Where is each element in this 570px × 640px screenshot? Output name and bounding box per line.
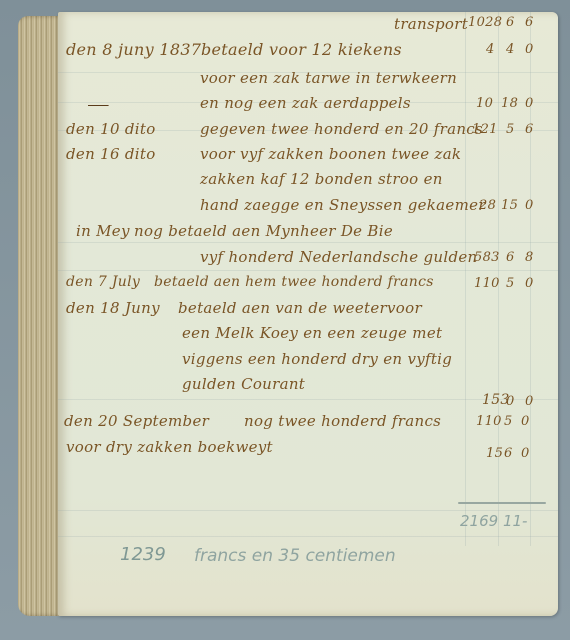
ruled-line bbox=[58, 270, 558, 271]
ruled-line bbox=[58, 242, 558, 243]
entry-sub1: 18 bbox=[501, 96, 518, 111]
entry-sub1: 0 bbox=[506, 394, 515, 409]
amount-column-line bbox=[465, 12, 466, 546]
entry-amount: 110 bbox=[476, 414, 502, 429]
pencil-total: 2169 11- bbox=[460, 512, 527, 530]
entry-amount: 10 bbox=[476, 96, 493, 111]
entry-text: voor een zak tarwe in terwkeern bbox=[200, 69, 457, 87]
entry-text: betaeld aen hem twee honderd francs bbox=[154, 274, 434, 290]
entry-date: voor bbox=[66, 438, 101, 456]
entry-sub1: 5 bbox=[506, 122, 515, 137]
entry-sub2: 0 bbox=[525, 96, 534, 111]
entry-date: den 7 July bbox=[66, 274, 140, 290]
carried-forward-sub1: 6 bbox=[506, 15, 515, 30]
entry-text: en nog een zak aerdappels bbox=[200, 94, 411, 112]
entry-sub1: 15 bbox=[501, 198, 518, 213]
carried-forward-label: transport bbox=[394, 15, 468, 33]
ruled-line bbox=[58, 536, 558, 537]
entry-amount: 583 bbox=[474, 250, 500, 265]
page-edges bbox=[18, 16, 62, 616]
pencil-note-number: 1239 bbox=[120, 544, 166, 565]
entry-date: den 8 juny 1837 bbox=[66, 40, 201, 59]
entry-sub1: 5 bbox=[504, 414, 513, 429]
entry-text: gulden Courant bbox=[182, 375, 305, 393]
entry-text: voor vyf zakken boonen twee zak bbox=[200, 145, 461, 163]
entry-date: in Mey bbox=[76, 222, 130, 240]
entry-sub2: 0 bbox=[521, 414, 530, 429]
entry-sub2: 0 bbox=[525, 42, 534, 57]
entry-date: den 10 dito bbox=[66, 120, 156, 138]
entry-text: betaeld aen van de weetervoor bbox=[178, 299, 422, 317]
entry-text: betaeld voor 12 kiekens bbox=[201, 40, 402, 59]
entry-text: hand zaegge en Sneyssen gekaemer bbox=[200, 196, 486, 214]
entry-sub1: 6 bbox=[504, 446, 513, 461]
entry-text: nog betaeld aen Mynheer De Bie bbox=[134, 222, 393, 240]
ledger-page: transport 1028 6 6 den 8 juny 1837 betae… bbox=[58, 12, 558, 616]
entry-sub2: 8 bbox=[525, 250, 534, 265]
entry-text: vyf honderd Nederlandsche gulden bbox=[200, 248, 478, 266]
entry-sub2: 6 bbox=[525, 122, 534, 137]
entry-text: gegeven twee honderd en 20 francs bbox=[200, 120, 483, 138]
entry-amount: 4 bbox=[486, 42, 495, 57]
struck-margin-word bbox=[88, 98, 109, 112]
entry-sub1: 6 bbox=[506, 250, 515, 265]
entry-date: den 16 dito bbox=[66, 145, 156, 163]
pencil-note-text: francs en 35 centiemen bbox=[194, 546, 396, 566]
entry-text: nog twee honderd francs bbox=[244, 412, 441, 430]
entry-date: den 18 Juny bbox=[66, 299, 160, 317]
carried-forward-amount: 1028 bbox=[468, 15, 502, 30]
entry-text: dry zakken boekweyt bbox=[106, 438, 273, 456]
entry-sub1: 5 bbox=[506, 276, 515, 291]
entry-sub2: 0 bbox=[525, 394, 534, 409]
entry-text: een Melk Koey en een zeuge met bbox=[182, 324, 442, 342]
total-underline bbox=[458, 502, 546, 504]
entry-sub1: 4 bbox=[506, 42, 515, 57]
ruled-line bbox=[58, 510, 558, 511]
entry-amount: 28 bbox=[479, 198, 496, 213]
entry-amount: 110 bbox=[474, 276, 500, 291]
entry-text: viggens een honderd dry en vyftig bbox=[182, 350, 452, 368]
entry-amount: 15 bbox=[486, 446, 503, 461]
ledger-book: transport 1028 6 6 den 8 juny 1837 betae… bbox=[14, 10, 562, 626]
entry-sub2: 0 bbox=[521, 446, 530, 461]
entry-sub2: 0 bbox=[525, 276, 534, 291]
entry-sub2: 0 bbox=[525, 198, 534, 213]
entry-date: den 20 September bbox=[64, 412, 209, 430]
entry-amount: 121 bbox=[472, 122, 498, 137]
entry-text: zakken kaf 12 bonden stroo en bbox=[200, 170, 443, 188]
carried-forward-sub2: 6 bbox=[525, 15, 534, 30]
